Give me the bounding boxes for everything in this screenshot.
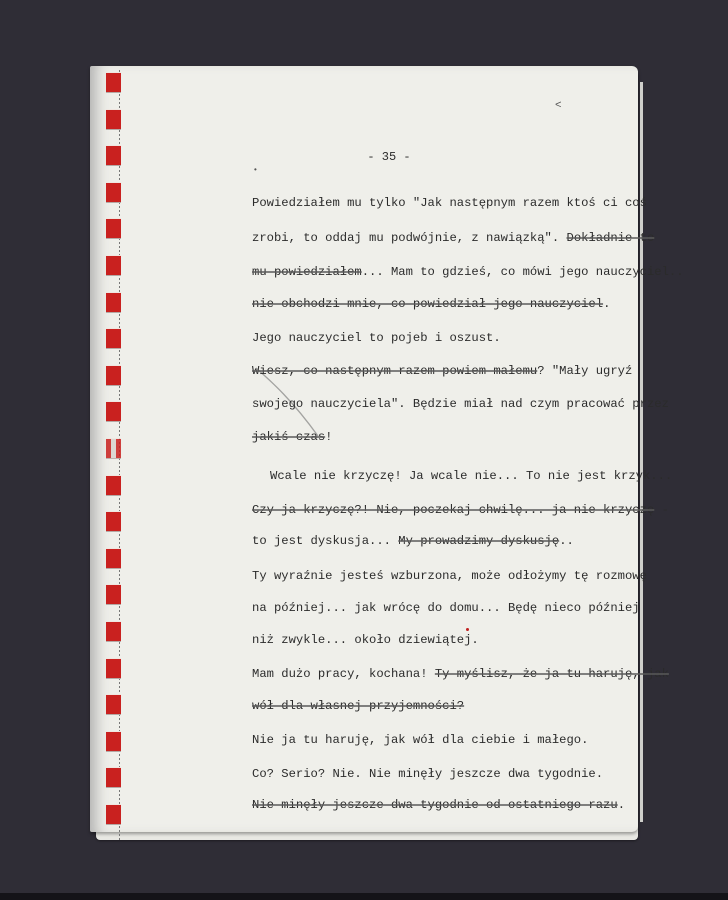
text-line: Wcale nie krzyczę! Ja wcale nie... To ni… <box>252 469 672 483</box>
text-segment: zrobi, to oddaj mu podwójnie, z nawiązką… <box>252 231 567 245</box>
text-segment: ... Mam to gdzieś, co mówi jego nauczyci… <box>362 265 684 279</box>
struck-text: Wiesz, co następnym razem powiem małemu <box>252 364 537 378</box>
text-segment: ! <box>325 430 332 444</box>
text-line: Jego nauczyciel to pojeb i oszust. <box>252 331 501 345</box>
text-line: Co? Serio? Nie. Nie minęły jeszcze dwa t… <box>252 767 603 781</box>
text-segment: Powiedziałem mu tylko "Jak następnym raz… <box>252 196 647 210</box>
text-segment: Jego nauczyciel to pojeb i oszust. <box>252 331 501 345</box>
binding-coil <box>106 255 121 276</box>
page-number: - 35 - <box>0 150 728 164</box>
struck-text: Ty myślisz, że ja tu haruję, jak <box>435 667 669 681</box>
struck-text: wół dla własnej przyjemności? <box>252 699 464 713</box>
text-segment: swojego nauczyciela". Będzie miał nad cz… <box>252 397 669 411</box>
page-edge <box>640 82 643 822</box>
bullet-mark: • <box>253 166 258 175</box>
text-line: wół dla własnej przyjemności? <box>252 699 464 713</box>
text-line: Czy ja krzyczę?! Nie, poczekaj chwilę...… <box>252 503 669 517</box>
text-segment: ? "Mały ugryź <box>537 364 632 378</box>
binding-coil <box>106 475 121 496</box>
text-segment: niż zwykle... około dziewiątej. <box>252 633 479 647</box>
struck-text: jakiś czas <box>252 430 325 444</box>
struck-text: nie obchodzi mnie, co powiedział jego na… <box>252 297 603 311</box>
text-line: na później... jak wrócę do domu... Będę … <box>252 601 640 615</box>
struck-text: Nie minęły jeszcze dwa tygodnie od ostat… <box>252 798 618 812</box>
binding-coil <box>106 621 121 642</box>
struck-text: Dokładnie to <box>567 231 655 245</box>
text-line: jakiś czas! <box>252 430 332 444</box>
text-line: Wiesz, co następnym razem powiem małemu?… <box>252 364 632 378</box>
binding-coil <box>106 401 121 422</box>
text-line: nie obchodzi mnie, co powiedział jego na… <box>252 297 610 311</box>
text-segment: Nie ja tu haruję, jak wół dla ciebie i m… <box>252 733 588 747</box>
document-page <box>90 66 638 832</box>
binding-coil <box>106 767 121 788</box>
text-line: Ty wyraźnie jesteś wzburzona, może odłoż… <box>252 569 647 583</box>
binding-coil <box>106 694 121 715</box>
binding-coil <box>106 182 121 203</box>
binding-coil <box>106 109 121 130</box>
text-line: mu powiedziałem... Mam to gdzieś, co mów… <box>252 265 684 279</box>
text-line: to jest dyskusja... My prowadzimy dyskus… <box>252 534 574 548</box>
binding-coil <box>106 328 121 349</box>
text-segment: .. <box>559 534 574 548</box>
binding-coil <box>106 511 121 532</box>
binding-coil <box>106 731 121 752</box>
ink-dot <box>466 628 469 631</box>
binding-coil <box>106 72 121 93</box>
spiral-binding <box>106 70 122 840</box>
text-segment: - <box>654 503 669 517</box>
text-line: Powiedziałem mu tylko "Jak następnym raz… <box>252 196 647 210</box>
binding-coil <box>106 658 121 679</box>
text-segment: . <box>603 297 610 311</box>
scanner-bed-edge <box>0 893 728 900</box>
text-segment: na później... jak wrócę do domu... Będę … <box>252 601 640 615</box>
binding-coil <box>106 365 121 386</box>
struck-text: My prowadzimy dyskusję <box>398 534 559 548</box>
binding-coil <box>106 804 121 825</box>
struck-text: mu powiedziałem <box>252 265 362 279</box>
binding-coil <box>106 438 121 459</box>
text-line: Nie ja tu haruję, jak wół dla ciebie i m… <box>252 733 588 747</box>
text-line: niż zwykle... około dziewiątej. <box>252 633 479 647</box>
text-line: zrobi, to oddaj mu podwójnie, z nawiązką… <box>252 231 654 245</box>
binding-coil <box>106 292 121 313</box>
binding-coil <box>106 584 121 605</box>
text-segment: . <box>618 798 625 812</box>
struck-text: Czy ja krzyczę?! Nie, poczekaj chwilę...… <box>252 503 654 517</box>
text-segment: Wcale nie krzyczę! Ja wcale nie... To ni… <box>270 469 672 483</box>
text-segment: Mam dużo pracy, kochana! <box>252 667 435 681</box>
text-line: Mam dużo pracy, kochana! Ty myślisz, że … <box>252 667 669 681</box>
text-line: swojego nauczyciela". Będzie miał nad cz… <box>252 397 669 411</box>
text-segment: Co? Serio? Nie. Nie minęły jeszcze dwa t… <box>252 767 603 781</box>
binding-coil <box>106 548 121 569</box>
text-line: Nie minęły jeszcze dwa tygodnie od ostat… <box>252 798 625 812</box>
text-segment: Ty wyraźnie jesteś wzburzona, może odłoż… <box>252 569 647 583</box>
text-segment: to jest dyskusja... <box>252 534 398 548</box>
margin-mark: < <box>555 100 562 112</box>
binding-coil <box>106 218 121 239</box>
